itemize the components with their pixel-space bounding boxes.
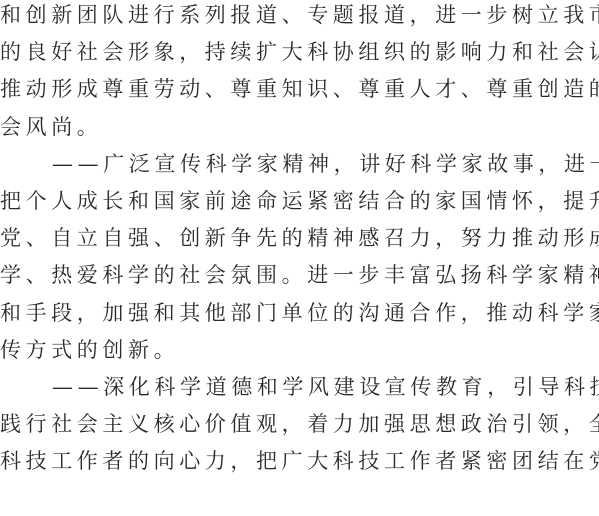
text-line: 推动形成尊重劳动、尊重知识、尊重人才、尊重创造的良好社 — [0, 71, 599, 108]
document-page: 和创新团队进行系列报道、专题报道，进一步树立我市科技界 的良好社会形象，持续扩大… — [0, 0, 599, 480]
text-line: 科技工作者的向心力，把广大科技工作者紧密团结在党的周围。 — [0, 443, 599, 480]
text-line: 和手段，加强和其他部门单位的沟通合作，推动科学家精神宣 — [0, 295, 599, 332]
text-line: 和创新团队进行系列报道、专题报道，进一步树立我市科技界 — [0, 0, 599, 34]
paragraph-scientist-spirit: ——广泛宣传科学家精神，讲好科学家故事，进一步弘扬 把个人成长和国家前途命运紧密… — [0, 146, 599, 369]
paragraph-ethics-education: ——深化科学道德和学风建设宣传教育，引导科技工作者 践行社会主义核心价值观，着力… — [0, 369, 599, 481]
text-line: 会风尚。 — [0, 109, 599, 146]
text-line: 的良好社会形象，持续扩大科协组织的影响力和社会认识度， — [0, 34, 599, 71]
text-line: 把个人成长和国家前途命运紧密结合的家国情怀，提升众心向 — [0, 183, 599, 220]
text-line: 传方式的创新。 — [0, 332, 599, 369]
text-line: ——广泛宣传科学家精神，讲好科学家故事，进一步弘扬 — [0, 146, 599, 183]
text-line: 学、热爱科学的社会氛围。进一步丰富弘扬科学家精神的方法 — [0, 257, 599, 294]
paragraph-continuation: 和创新团队进行系列报道、专题报道，进一步树立我市科技界 的良好社会形象，持续扩大… — [0, 0, 599, 146]
text-line: 践行社会主义核心价值观，着力加强思想政治引领，全面汇聚 — [0, 406, 599, 443]
text-line: 党、自立自强、创新争先的精神感召力，努力推动形成崇尚科 — [0, 220, 599, 257]
text-line: ——深化科学道德和学风建设宣传教育，引导科技工作者 — [0, 369, 599, 406]
